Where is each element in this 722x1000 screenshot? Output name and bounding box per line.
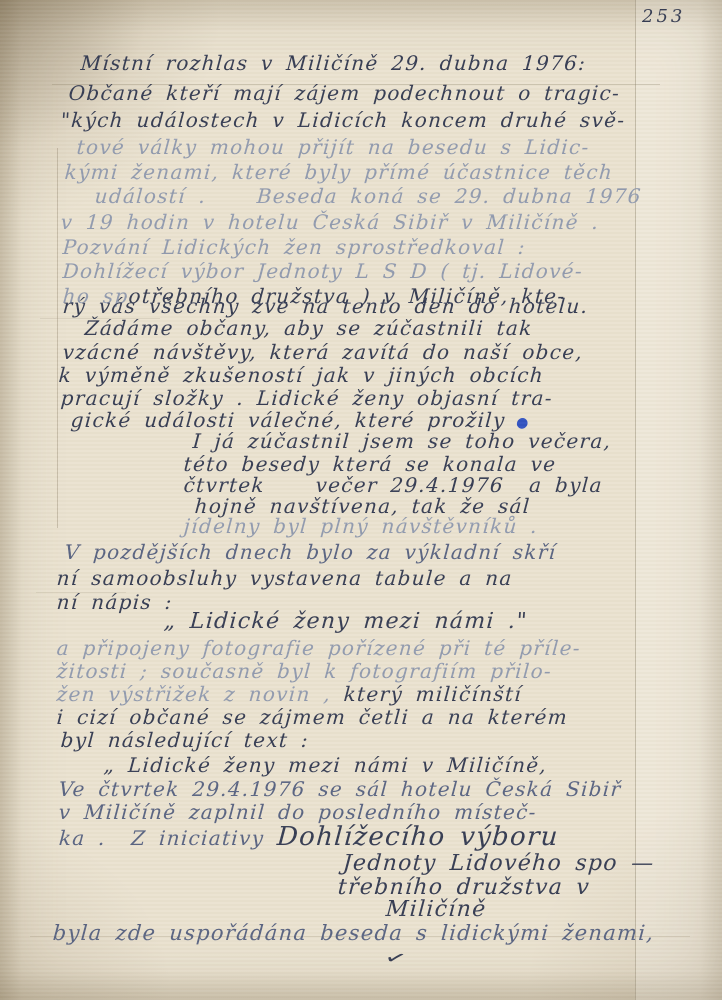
handwritten-line: a připojeny fotografie pořízené při té p… — [56, 637, 582, 659]
handwritten-line: "kých událostech v Lidicích koncem druhé… — [60, 109, 626, 131]
handwritten-line: jídelny byl plný návštěvníků . — [183, 515, 539, 537]
handwritten-text-segment: a připojeny fotografie pořízené při té p… — [56, 636, 582, 660]
handwritten-text-segment: ní samoobsluhy vystavena tabule a na — [56, 566, 514, 590]
handwritten-line: žitosti ; současně byl k fotografiím při… — [56, 660, 553, 682]
handwritten-line: této besedy která se konala ve — [183, 453, 557, 475]
handwritten-text-segment: žen výstřižek z novin , — [56, 682, 345, 706]
handwritten-text-segment: „ Lidické ženy mezi námi v Miličíně, — [103, 753, 548, 777]
handwritten-text-segment: pracují složky . Lidické ženy objasní tr… — [60, 386, 554, 410]
handwritten-line: vzácné návštěvy, která zavítá do naší ob… — [62, 341, 584, 363]
handwritten-text-segment: v 19 hodin v hotelu Česká Sibiř v Miličí… — [60, 210, 600, 234]
handwritten-text-segment: byl následující text : — [60, 728, 310, 752]
handwritten-line: žen výstřižek z novin , který miličínští — [56, 683, 523, 705]
handwritten-line: událostí . Beseda koná se 29. dubna 1976 — [94, 185, 643, 207]
handwritten-text-segment: i cizí občané se zájmem četli a na které… — [56, 705, 569, 729]
handwritten-text-segment: "kých událostech v Lidicích koncem druhé… — [60, 108, 626, 132]
handwritten-line: byl následující text : — [60, 729, 310, 751]
handwritten-line: Žádáme občany, aby se zúčastnili tak — [84, 317, 533, 339]
handwritten-line: ní nápis : — [56, 591, 174, 613]
handwritten-text-segment: jídelny byl plný návštěvníků . — [183, 514, 539, 538]
handwritten-line: Občané kteří mají zájem podechnout o tra… — [68, 82, 621, 104]
handwritten-text-segment: Pozvání Lidických žen sprostředkoval : — [62, 235, 527, 259]
handwritten-text-segment: Místní rozhlas v Miličíně 29. dubna 1976… — [80, 51, 587, 75]
handwritten-line: V pozdějších dnech bylo za výkladní skří — [64, 541, 557, 563]
handwritten-text-segment: Jednoty Lidového spo — — [342, 851, 655, 876]
handwritten-text-segment: Ve čtvrtek 29.4.1976 se sál hotelu Česká… — [58, 777, 622, 801]
handwritten-text-segment: byla zde uspořádána beseda s lidickými ž… — [52, 921, 655, 945]
handwritten-line: čtvrtek večer 29.4.1976 a byla — [183, 474, 604, 496]
handwritten-line: pracují složky . Lidické ženy objasní tr… — [60, 387, 554, 409]
handwritten-line: Místní rozhlas v Miličíně 29. dubna 1976… — [80, 52, 587, 74]
handwritten-line: k výměně zkušeností jak v jiných obcích — [58, 364, 545, 386]
handwritten-text-segment: kými ženami, které byly přímé účastnice … — [64, 160, 614, 184]
handwritten-text-segment: ní nápis : — [56, 590, 174, 614]
handwritten-text-segment: rý vás všechny zve na tento den do hotel… — [62, 294, 589, 318]
handwritten-line: Pozvání Lidických žen sprostředkoval : — [62, 236, 527, 258]
handwritten-line: Ve čtvrtek 29.4.1976 se sál hotelu Česká… — [58, 778, 622, 800]
handwritten-line: „ Lidické ženy mezi námi ." — [163, 610, 529, 634]
handwritten-text-segment: Dohlížecího výboru — [276, 822, 560, 852]
handwritten-text-segment: k výměně zkušeností jak v jiných obcích — [58, 363, 545, 387]
handwritten-line: „ Lidické ženy mezi námi v Miličíně, — [103, 754, 548, 776]
check-mark: ✓ — [382, 946, 409, 971]
handwritten-text-segment: ka . Z iniciativy — [58, 826, 278, 850]
handwritten-text-segment: Občané kteří mají zájem podechnout o tra… — [68, 81, 621, 105]
page-number: 253 — [642, 6, 685, 27]
handwritten-line: byla zde uspořádána beseda s lidickými ž… — [52, 922, 655, 945]
handwritten-text-segment: žitosti ; současně byl k fotografiím při… — [56, 659, 553, 683]
handwritten-line: tové války mohou přijít na besedu s Lidi… — [76, 136, 590, 158]
handwritten-line: i cizí občané se zájmem četli a na které… — [56, 706, 569, 728]
handwritten-text-segment: tové války mohou přijít na besedu s Lidi… — [76, 135, 591, 159]
handwritten-line: Jednoty Lidového spo — — [342, 852, 655, 876]
handwritten-line: I já zúčastnil jsem se toho večera, — [192, 430, 612, 452]
handwritten-text-segment: Miličíně — [385, 897, 487, 922]
handwritten-text-segment: I já zúčastnil jsem se toho večera, — [192, 429, 612, 453]
handwritten-text-segment: vzácné návštěvy, která zavítá do naší ob… — [62, 340, 584, 364]
handwritten-line: rý vás všechny zve na tento den do hotel… — [62, 295, 589, 317]
handwritten-text-segment: „ Lidické ženy mezi námi ." — [163, 609, 529, 634]
handwritten-text-segment: V pozdějších dnech bylo za výkladní skří — [64, 540, 557, 564]
page-edge-strip — [635, 0, 722, 1000]
handwritten-line: Dohlížecí výbor Jednoty L S D ( tj. Lido… — [62, 260, 584, 282]
handwritten-line: Miličíně — [385, 898, 487, 922]
handwritten-text-segment: v Miličíně zaplnil do posledního místeč- — [58, 800, 538, 824]
handwritten-line: v Miličíně zaplnil do posledního místeč- — [58, 801, 538, 823]
handwritten-line: kými ženami, které byly přímé účastnice … — [64, 161, 614, 183]
handwritten-text-segment: Žádáme občany, aby se zúčastnili tak — [84, 316, 534, 340]
handwritten-line: ní samoobsluhy vystavena tabule a na — [56, 567, 514, 589]
handwritten-text-segment: Dohlížecí výbor Jednoty L S D ( tj. Lido… — [62, 259, 584, 283]
handwritten-line: ka . Z iniciativy Dohlížecího výboru — [58, 823, 560, 852]
margin-guide-line — [57, 148, 58, 528]
album-page: 253 Místní rozhlas v Miličíně 29. dubna … — [0, 0, 722, 1000]
handwritten-line: v 19 hodin v hotelu Česká Sibiř v Miličí… — [60, 211, 600, 233]
handwritten-text-segment: událostí . Beseda koná se 29. dubna 1976 — [94, 184, 643, 208]
handwritten-text-segment: který miličínští — [343, 682, 523, 706]
